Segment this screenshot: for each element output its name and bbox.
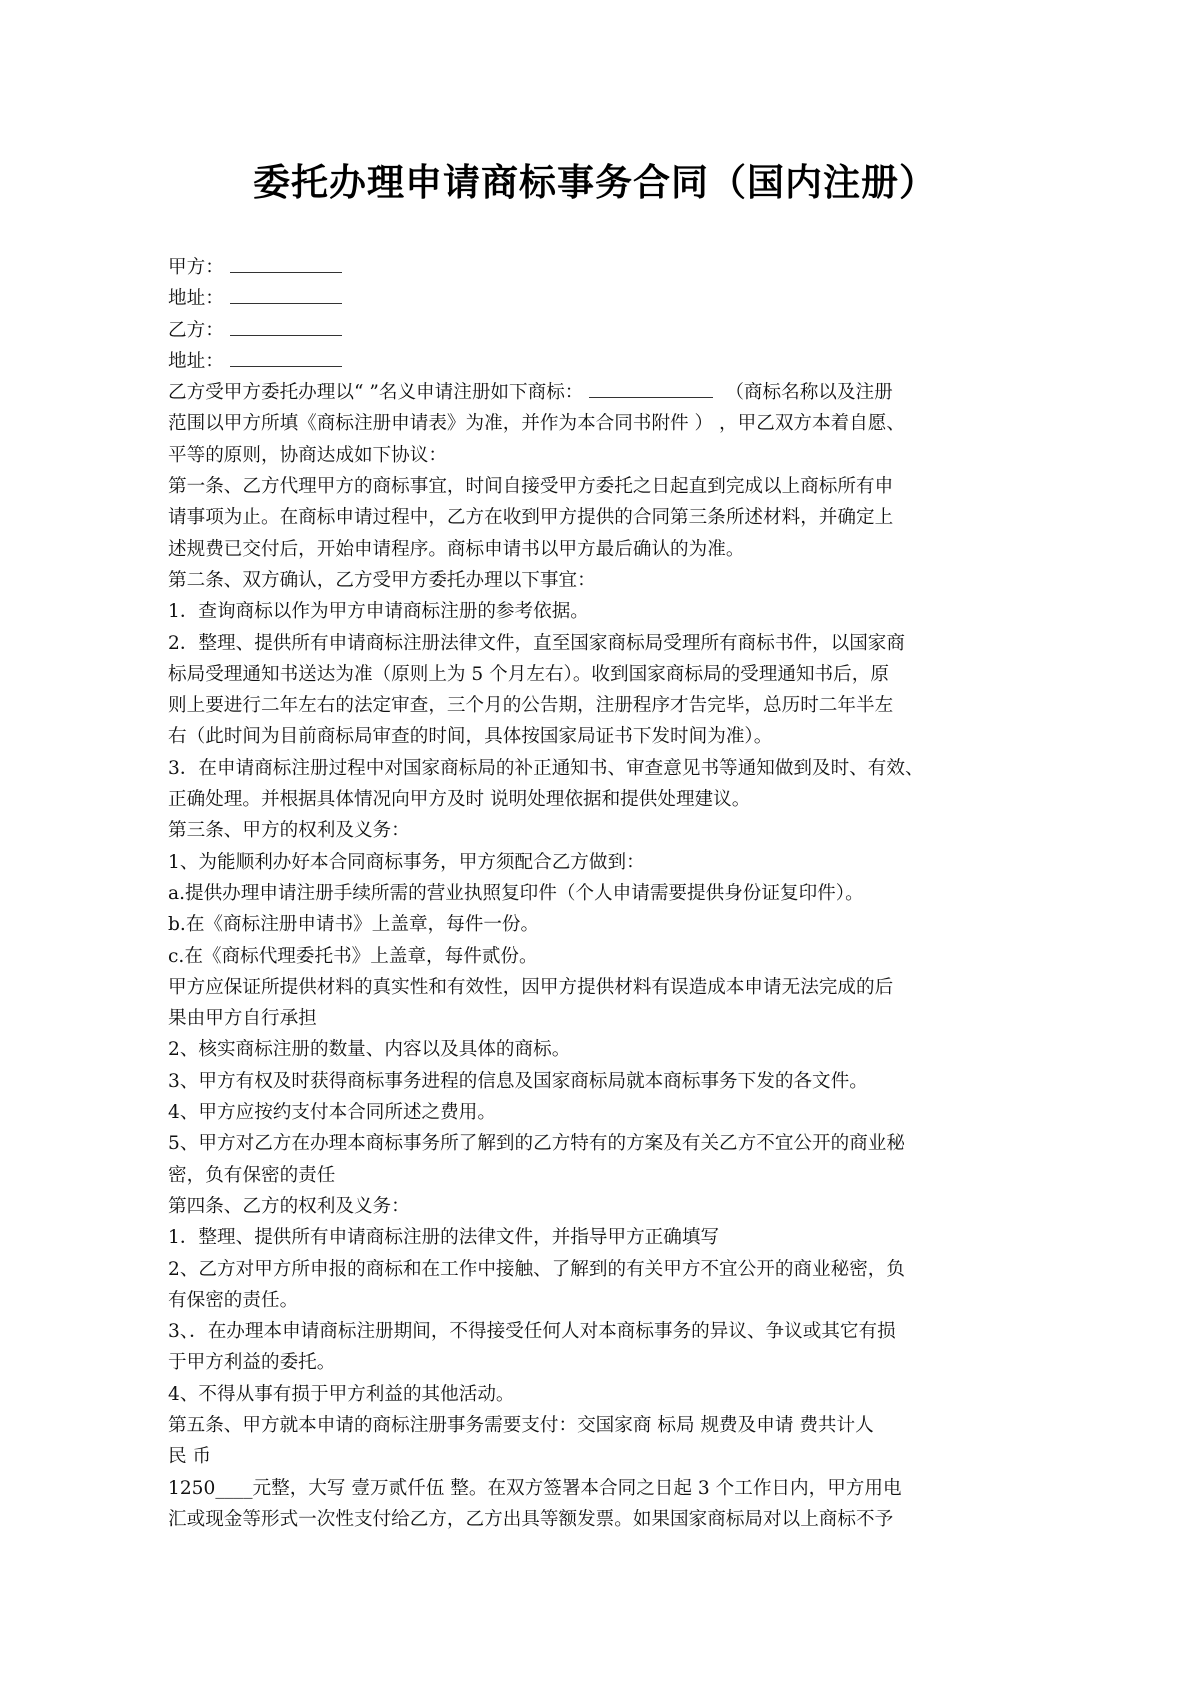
clause-line: 第五条、甲方就本申请的商标注册事务需要支付：交国家商 标局 规费及申请 费共计人 — [168, 1410, 1016, 1441]
party-b-address-blank — [230, 346, 342, 367]
clause-line: 第三条、甲方的权利及义务： — [168, 815, 1016, 846]
clause-line: 4、不得从事有损于甲方利益的其他活动。 — [168, 1379, 1016, 1410]
clause-line: 2、乙方对甲方所申报的商标和在工作中接触、了解到的有关甲方不宜公开的商业秘密，负 — [168, 1254, 1016, 1285]
clause-line: b.在《商标注册申请书》上盖章，每件一份。 — [168, 909, 1016, 940]
clause-line: 1．查询商标以作为甲方申请商标注册的参考依据。 — [168, 596, 1016, 627]
party-b-blank — [230, 315, 342, 336]
clause-line: 汇或现金等形式一次性支付给乙方，乙方出具等额发票。如果国家商标局对以上商标不予 — [168, 1504, 1016, 1535]
clause-line: 于甲方利益的委托。 — [168, 1347, 1016, 1378]
document-body: 甲方： 地址： 乙方： 地址： 乙方受甲方委托办理以“ ”名义申请注册如下商标：… — [168, 252, 1016, 1535]
clause-line: 请事项为止。在商标申请过程中，乙方在收到甲方提供的合同第三条所述材料，并确定上 — [168, 502, 1016, 533]
clause-line: 1．整理、提供所有申请商标注册的法律文件，并指导甲方正确填写 — [168, 1222, 1016, 1253]
document-page: 委托办理申请商标事务合同（国内注册） 甲方： 地址： 乙方： 地址： 乙方受甲方… — [0, 0, 1190, 1683]
party-b-address-label: 地址： — [168, 351, 224, 372]
clause-line: a.提供办理申请注册手续所需的营业执照复印件（个人申请需要提供身份证复印件）。 — [168, 878, 1016, 909]
clause-line: 正确处理。并根据具体情况向甲方及时 说明处理依据和提供处理建议。 — [168, 784, 1016, 815]
clause-line: 第四条、乙方的权利及义务： — [168, 1191, 1016, 1222]
clause-line: 1、为能顺利办好本合同商标事务，甲方须配合乙方做到： — [168, 847, 1016, 878]
clause-line: 1250____元整，大写 壹万贰仟伍 整。在双方签署本合同之日起 3 个工作日… — [168, 1473, 1016, 1504]
party-a-label: 甲方： — [168, 257, 224, 278]
clause-line: 密，负有保密的责任 — [168, 1160, 1016, 1191]
intro-line-2: 范围以甲方所填《商标注册申请表》为准，并作为本合同书附件 ） ，甲乙双方本着自愿… — [168, 408, 1016, 439]
clause-line: 果由甲方自行承担 — [168, 1003, 1016, 1034]
clause-line: 右（此时间为目前商标局审查的时间，具体按国家局证书下发时间为准）。 — [168, 721, 1016, 752]
clause-line: 第二条、双方确认，乙方受甲方委托办理以下事宜： — [168, 565, 1016, 596]
clause-line: 标局受理通知书送达为准（原则上为 5 个月左右）。收到国家商标局的受理通知书后，… — [168, 659, 1016, 690]
intro-text-2: （商标名称以及注册 — [719, 382, 892, 403]
trademark-name-blank — [589, 377, 713, 398]
clause-line: 述规费已交付后，开始申请程序。商标申请书以甲方最后确认的为准。 — [168, 534, 1016, 565]
clause-line: 则上要进行二年左右的法定审查，三个月的公告期，注册程序才告完毕，总历时二年半左 — [168, 690, 1016, 721]
clause-line: 4、甲方应按约支付本合同所述之费用。 — [168, 1097, 1016, 1128]
intro-line-3: 平等的原则，协商达成如下协议： — [168, 440, 1016, 471]
party-a-address-blank — [230, 283, 342, 304]
clause-line: 第一条、乙方代理甲方的商标事宜，时间自接受甲方委托之日起直到完成以上商标所有申 — [168, 471, 1016, 502]
clause-line: 甲方应保证所提供材料的真实性和有效性，因甲方提供材料有误造成本申请无法完成的后 — [168, 972, 1016, 1003]
clause-line: 3．在申请商标注册过程中对国家商标局的补正通知书、审查意见书等通知做到及时、有效… — [168, 753, 1016, 784]
clause-line: 民 币 — [168, 1441, 1016, 1472]
party-a-address-label: 地址： — [168, 288, 224, 309]
party-a-address-line: 地址： — [168, 283, 1016, 314]
clause-line: 2、核实商标注册的数量、内容以及具体的商标。 — [168, 1034, 1016, 1065]
clause-line: 3、甲方有权及时获得商标事务进程的信息及国家商标局就本商标事务下发的各文件。 — [168, 1066, 1016, 1097]
party-b-address-line: 地址： — [168, 346, 1016, 377]
document-title: 委托办理申请商标事务合同（国内注册） — [0, 152, 1190, 206]
clause-line: c.在《商标代理委托书》上盖章，每件贰份。 — [168, 941, 1016, 972]
intro-text-1: 乙方受甲方委托办理以“ ”名义申请注册如下商标： — [168, 382, 583, 403]
party-a-line: 甲方： — [168, 252, 1016, 283]
intro-line-1: 乙方受甲方委托办理以“ ”名义申请注册如下商标： （商标名称以及注册 — [168, 377, 1016, 408]
clause-line: 5、甲方对乙方在办理本商标事务所了解到的乙方特有的方案及有关乙方不宜公开的商业秘 — [168, 1128, 1016, 1159]
clause-line: 有保密的责任。 — [168, 1285, 1016, 1316]
party-b-label: 乙方： — [168, 320, 224, 341]
clause-line: 2．整理、提供所有申请商标注册法律文件，直至国家商标局受理所有商标书件，以国家商 — [168, 628, 1016, 659]
clause-line: 3、．在办理本申请商标注册期间，不得接受任何人对本商标事务的异议、争议或其它有损 — [168, 1316, 1016, 1347]
party-b-line: 乙方： — [168, 315, 1016, 346]
party-a-blank — [230, 252, 342, 273]
